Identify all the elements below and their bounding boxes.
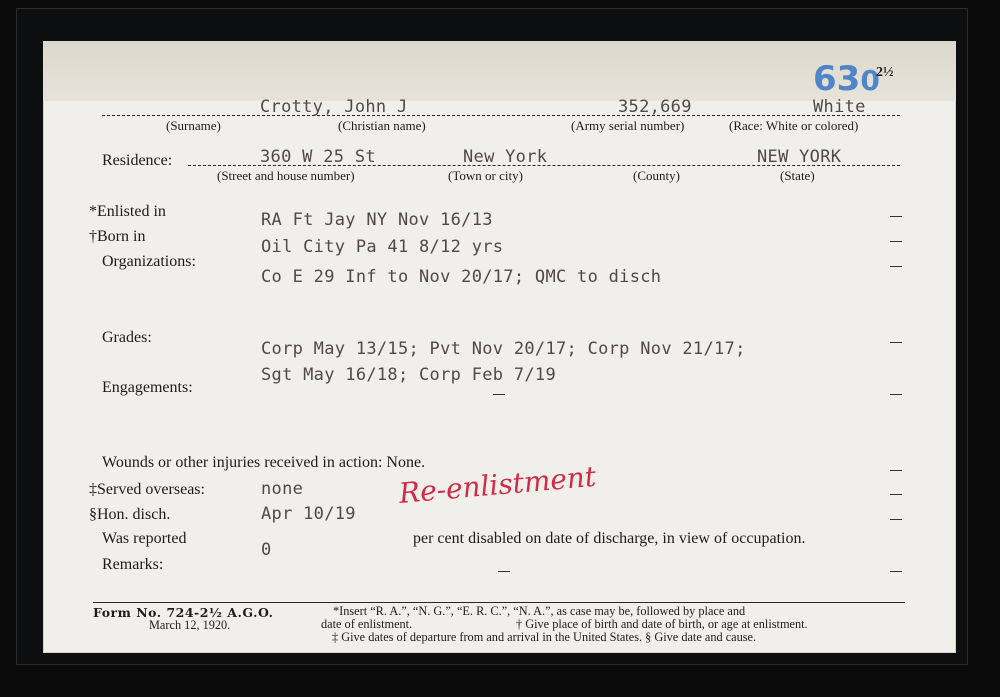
born-value: Oil City Pa 41 8/12 yrs bbox=[261, 237, 503, 257]
dash-mark bbox=[890, 494, 902, 495]
town-caption: (Town or city) bbox=[448, 168, 523, 184]
state-caption: (State) bbox=[780, 168, 815, 184]
engagements-dash bbox=[493, 394, 505, 395]
was-reported-label: Was reported bbox=[102, 530, 186, 548]
hon-disch-value: Apr 10/19 bbox=[261, 504, 356, 524]
race-caption: (Race: White or colored) bbox=[729, 118, 858, 134]
blue-card-number: 630 bbox=[813, 59, 880, 99]
street-caption: (Street and house number) bbox=[217, 168, 355, 184]
grades-line-1: Corp May 13/15; Pvt Nov 20/17; Corp Nov … bbox=[261, 339, 746, 359]
christian-name-caption: (Christian name) bbox=[338, 118, 426, 134]
service-record-card: 630 2½ Crotty, John J 352,669 White (Sur… bbox=[43, 41, 956, 653]
enlisted-value: RA Ft Jay NY Nov 16/13 bbox=[261, 210, 493, 230]
served-overseas-label: ‡Served overseas: bbox=[89, 481, 205, 499]
organizations-label: Organizations: bbox=[102, 253, 196, 271]
handwritten-reenlistment-note: Re-enlistment bbox=[398, 460, 598, 510]
dash-mark bbox=[890, 394, 902, 395]
dash-mark bbox=[890, 470, 902, 471]
name-value: Crotty, John J bbox=[260, 97, 408, 117]
wounds-value: None. bbox=[386, 454, 425, 471]
served-overseas-value: none bbox=[261, 479, 303, 499]
remarks-dash bbox=[498, 571, 510, 572]
remarks-label: Remarks: bbox=[102, 556, 163, 574]
residence-state: NEW YORK bbox=[757, 147, 841, 167]
serial-number-caption: (Army serial number) bbox=[571, 118, 684, 134]
serial-number-value: 352,669 bbox=[618, 97, 692, 117]
born-label: †Born in bbox=[89, 228, 145, 246]
was-reported-value: 0 bbox=[261, 540, 272, 560]
disability-text: per cent disabled on date of discharge, … bbox=[413, 530, 805, 548]
enlisted-label: *Enlisted in bbox=[89, 203, 166, 221]
dash-mark bbox=[890, 519, 902, 520]
dash-mark bbox=[890, 216, 902, 217]
grades-label: Grades: bbox=[102, 329, 152, 347]
organizations-value: Co E 29 Inf to Nov 20/17; QMC to disch bbox=[261, 267, 661, 287]
footer-rule bbox=[93, 602, 905, 603]
hon-disch-label: §Hon. disch. bbox=[89, 506, 170, 524]
county-caption: (County) bbox=[633, 168, 680, 184]
name-line bbox=[102, 115, 900, 116]
dash-mark bbox=[890, 241, 902, 242]
grades-line-2: Sgt May 16/18; Corp Feb 7/19 bbox=[261, 365, 556, 385]
form-date: March 12, 1920. bbox=[149, 619, 230, 632]
dash-mark bbox=[890, 571, 902, 572]
footnote-overseas-and-discharge: ‡ Give dates of departure from and arriv… bbox=[332, 631, 756, 644]
residence-street: 360 W 25 St bbox=[260, 147, 376, 167]
engagements-label: Engagements: bbox=[102, 379, 193, 397]
sheet-fraction: 2½ bbox=[876, 65, 894, 81]
wounds-label: Wounds or other injuries received in act… bbox=[102, 454, 425, 472]
race-value: White bbox=[813, 97, 866, 117]
dash-mark bbox=[890, 342, 902, 343]
dash-mark bbox=[890, 266, 902, 267]
residence-label: Residence: bbox=[102, 152, 172, 170]
surname-caption: (Surname) bbox=[166, 118, 221, 134]
residence-town: New York bbox=[463, 147, 547, 167]
